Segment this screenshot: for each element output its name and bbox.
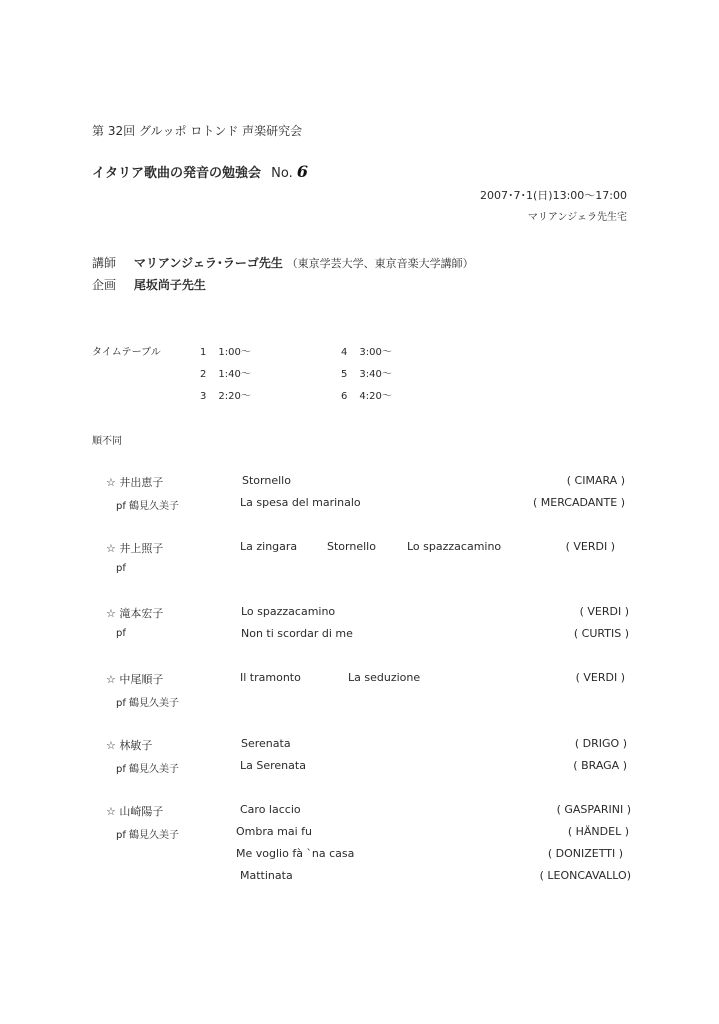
pianist-name: pf 鶴見久美子 xyxy=(116,694,179,709)
singer-name: ☆ 山崎陽子 xyxy=(106,803,163,819)
credit-role: 講師 xyxy=(92,256,116,270)
composer: ( GASPARINI ) xyxy=(557,803,631,816)
singer-name: ☆ 滝本宏子 xyxy=(106,605,163,621)
composer: ( BRAGA ) xyxy=(573,759,627,772)
subtitle-text: イタリア歌曲の発音の勉強会 xyxy=(92,166,261,181)
pianist-name: pf 鶴見久美子 xyxy=(116,760,179,775)
singer-name: ☆ 井出恵子 xyxy=(106,474,163,490)
song-title: Stornello xyxy=(242,474,291,487)
timetable-slot: 32:20～ xyxy=(200,387,251,402)
order-note: 順不同 xyxy=(92,432,122,447)
song-title: La Serenata xyxy=(240,759,306,772)
event-venue: マリアンジェラ先生宅 xyxy=(528,208,627,223)
song-title: La zingara xyxy=(240,540,297,553)
composer: ( MERCADANTE ) xyxy=(533,496,625,509)
session-title: 第 32回 グルッポ ロトンド 声楽研究会 xyxy=(92,122,302,139)
singer-name: ☆ 林敏子 xyxy=(106,737,152,753)
song-title: Ombra mai fu xyxy=(236,825,312,838)
credit-role: 企画 xyxy=(92,278,116,292)
pianist-name: pf xyxy=(116,563,126,574)
song-title: Mattinata xyxy=(240,869,293,882)
pianist-name: pf 鶴見久美子 xyxy=(116,497,179,512)
number-label: No. xyxy=(271,166,293,181)
timetable-slot: 53:40～ xyxy=(341,365,392,380)
pianist-name: pf xyxy=(116,628,126,639)
composer: ( VERDI ) xyxy=(566,540,615,553)
event-datetime: 2007･7･1(日)13:00～17:00 xyxy=(480,187,627,203)
composer: ( VERDI ) xyxy=(580,605,629,618)
pianist-name: pf 鶴見久美子 xyxy=(116,826,179,841)
singer-name: ☆ 中尾順子 xyxy=(106,671,163,687)
composer: ( CURTIS ) xyxy=(574,627,629,640)
credit-row-lecturer: 講師 マリアンジェラ･ラーゴ先生 （東京学芸大学、東京音楽大学講師） xyxy=(92,254,474,271)
song-title: Me voglio fà `na casa xyxy=(236,847,354,860)
composer: ( DRIGO ) xyxy=(575,737,627,750)
composer: ( VERDI ) xyxy=(576,671,625,684)
song-title: La seduzione xyxy=(348,671,420,684)
composer: ( CIMARA ) xyxy=(567,474,625,487)
timetable-slot: 21:40～ xyxy=(200,365,251,380)
handwritten-number: 6 xyxy=(297,162,308,181)
credit-row-planner: 企画 尾坂尚子先生 xyxy=(92,276,206,293)
timetable-slot: 43:00～ xyxy=(341,343,392,358)
composer: ( LEONCAVALLO) xyxy=(540,869,631,882)
credit-note: （東京学芸大学、東京音楽大学講師） xyxy=(287,257,474,270)
credit-name: マリアンジェラ･ラーゴ先生 xyxy=(134,256,283,270)
composer: ( HÄNDEL ) xyxy=(568,825,629,838)
song-title: Serenata xyxy=(241,737,291,750)
timetable-label: タイムテーブル xyxy=(92,343,161,358)
credit-name: 尾坂尚子先生 xyxy=(134,278,206,292)
song-title: Lo spazzacamino xyxy=(407,540,501,553)
song-title: Caro laccio xyxy=(240,803,301,816)
document-subtitle: イタリア歌曲の発音の勉強会 No. 6 xyxy=(92,162,308,181)
song-title: Stornello xyxy=(327,540,376,553)
timetable-slot: 11:00～ xyxy=(200,343,251,358)
composer: ( DONIZETTI ) xyxy=(548,847,623,860)
song-title: La spesa del marinalo xyxy=(240,496,361,509)
timetable-slot: 64:20～ xyxy=(341,387,392,402)
singer-name: ☆ 井上照子 xyxy=(106,540,163,556)
song-title: Non ti scordar di me xyxy=(241,627,353,640)
song-title: Il tramonto xyxy=(240,671,301,684)
song-title: Lo spazzacamino xyxy=(241,605,335,618)
